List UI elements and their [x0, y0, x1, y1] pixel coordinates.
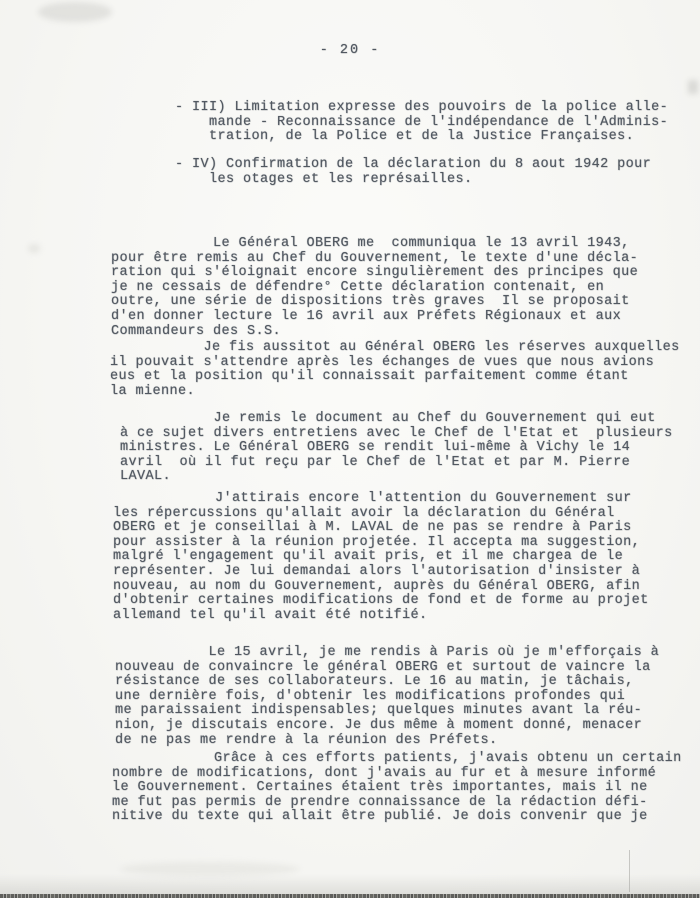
list-item-iv: - IV) Confirmation de la déclaration du … [175, 158, 651, 187]
paragraph-attirais-attention: J'attirais encore l'attention du Gouvern… [113, 492, 649, 623]
paragraph-reserves: Je fis aussitot au Général OBERG les rés… [110, 341, 680, 399]
scan-bottom-edge [0, 894, 700, 898]
paragraph-oberg-declaration: Le Général OBERG me communiqua le 13 avr… [111, 237, 638, 339]
paragraph-remise-document: Je remis le document au Chef du Gouverne… [120, 412, 673, 485]
scan-smudge-top-left [38, 2, 112, 22]
scan-bottom-shadow [0, 874, 700, 894]
paragraph-15-avril: Le 15 avril, je me rendis à Paris où je … [115, 646, 659, 748]
scan-smudge-left-margin [28, 244, 40, 253]
scan-smudge-right-edge [688, 80, 698, 94]
paragraph-efforts-patients: Grâce à ces efforts patients, j'avais ob… [112, 752, 682, 825]
page-number: - 20 - [0, 44, 700, 59]
list-item-iii: - III) Limitation expresse des pouvoirs … [175, 101, 668, 145]
document-page: - 20 - - III) Limitation expresse des po… [0, 0, 700, 898]
